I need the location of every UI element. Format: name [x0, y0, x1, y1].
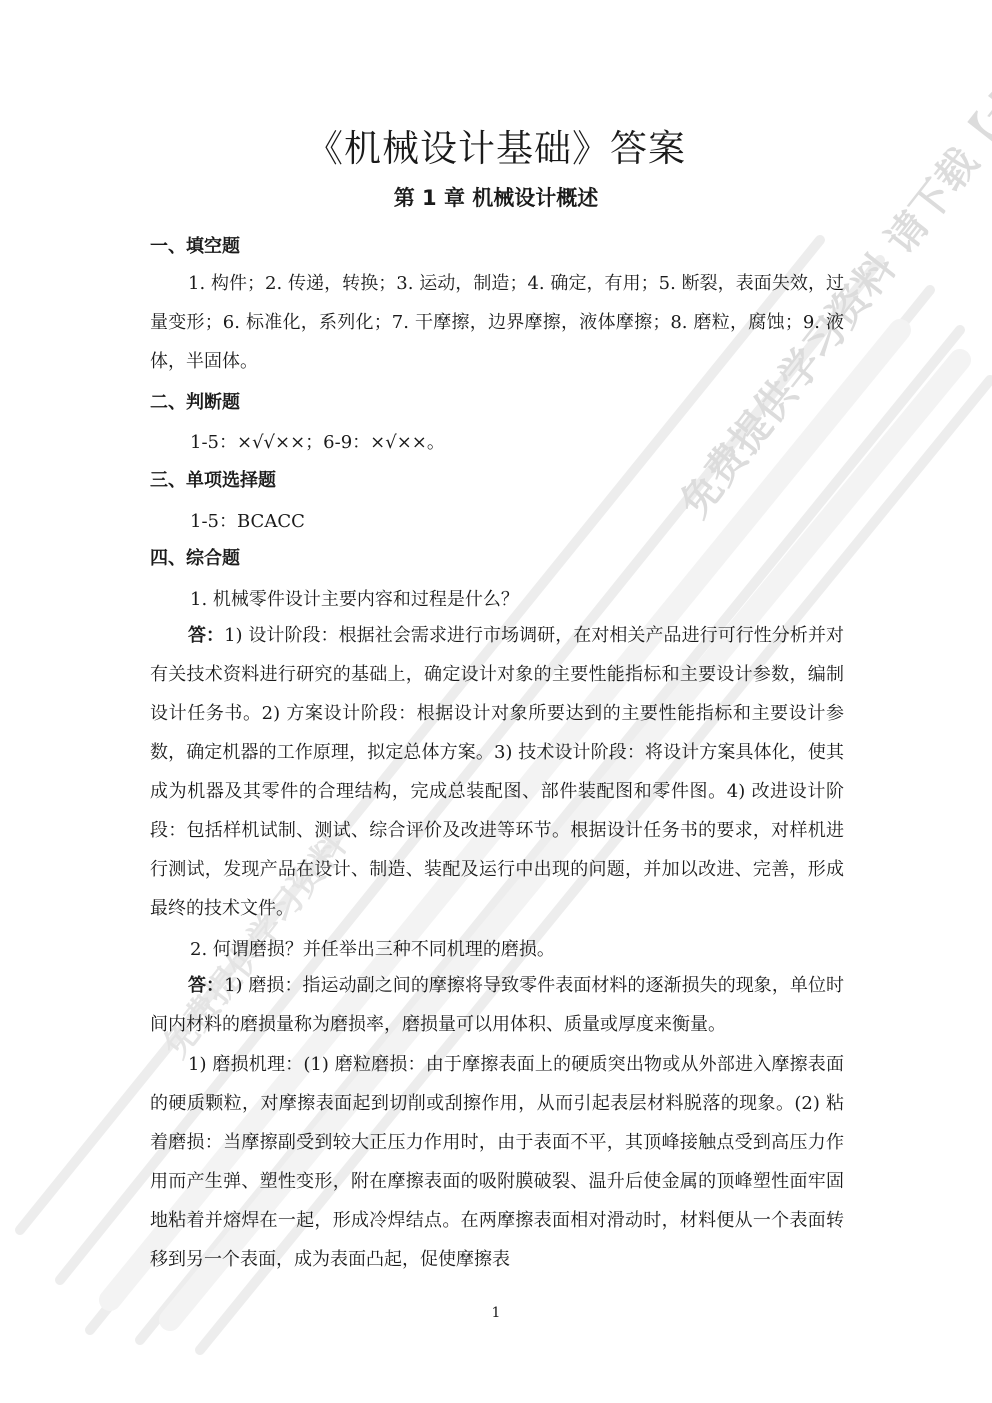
answer-2: 答：1) 磨损：指运动副之间的摩擦将导致零件表面材料的逐渐损失的现象，单位时间内… [150, 966, 844, 1044]
document-title: 《机械设计基础》答案 [0, 118, 992, 172]
question-1: 1. 机械零件设计主要内容和过程是什么？ [190, 585, 519, 611]
chapter-title: 第 1 章 机械设计概述 [0, 182, 992, 212]
section-heading-fill-in: 一、填空题 [150, 232, 240, 258]
answer-1-text: 1) 设计阶段：根据社会需求进行市场调研，在对相关产品进行可行性分析并对有关技术… [150, 625, 844, 919]
section-heading-comprehensive: 四、综合题 [150, 544, 240, 570]
question-2: 2. 何谓磨损？并任举出三种不同机理的磨损。 [190, 935, 555, 961]
answer-label: 答： [188, 625, 224, 646]
answer-2-continuation: 1) 磨损机理：(1) 磨粒磨损：由于摩擦表面上的硬质突出物或从外部进入摩擦表面… [150, 1045, 844, 1279]
single-choice-answers: 1-5：BCACC [190, 507, 305, 533]
true-false-answers: 1-5：×√√××；6-9：×√××。 [190, 428, 445, 454]
answer-label: 答： [188, 975, 224, 996]
section-heading-single-choice: 三、单项选择题 [150, 466, 276, 492]
fill-in-answers: 1. 构件；2. 传递，转换；3. 运动，制造；4. 确定，有用；5. 断裂，表… [150, 264, 844, 381]
document-page: 《机械设计基础》答案 第 1 章 机械设计概述 一、填空题 1. 构件；2. 传… [0, 0, 992, 1403]
answer-1: 答：1) 设计阶段：根据社会需求进行市场调研，在对相关产品进行可行性分析并对有关… [150, 616, 844, 928]
section-heading-true-false: 二、判断题 [150, 388, 240, 414]
answer-2-text: 1) 磨损：指运动副之间的摩擦将导致零件表面材料的逐渐损失的现象，单位时间内材料… [150, 975, 844, 1035]
page-number: 1 [0, 1305, 992, 1321]
